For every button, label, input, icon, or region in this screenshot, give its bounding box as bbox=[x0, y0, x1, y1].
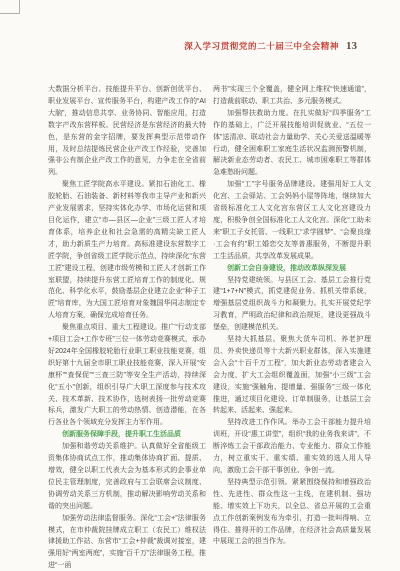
column-right: 两书”实现三个全覆盖，健全网上维权“快速通道”，打造裁前联动、职工共治、多元服务… bbox=[213, 84, 371, 571]
paragraph: 坚持大抓基层。聚焦大货车司机、养老护理员、外卖快递员等十大新兴职业群体，深入实施… bbox=[213, 334, 371, 417]
paragraph: 聚焦重点项目、重大工程建设。推广“行动支部+项目工会+工作专班”三位一体劳动竞赛… bbox=[48, 322, 206, 429]
section-heading-reform: 创新工会自身建设，推动改革纵深发展 bbox=[213, 263, 371, 275]
page-header: 深入学习贯彻党的二十届三中全会精神 13 bbox=[184, 40, 357, 52]
page-content: 大数据分析平台、技能提升平台、创新创优平台、职业发展平台、宣传服务平台，构建产改… bbox=[48, 84, 370, 571]
paragraph: 坚持改进工作作风。举办工会干部能力提升培训班，开设“惠工讲堂”，组织“我的业务我… bbox=[213, 417, 371, 477]
paragraph: 聚焦工匠学院高水平建设。紧扣石油化工、橡胶轮胎、石油装备、新材料等我市主导产业和… bbox=[48, 179, 206, 322]
paragraph: 加强和谐劳动关系维护。认真做好全省能级工资集体协商试点工作，推动集体协商扩面、提… bbox=[48, 441, 206, 512]
paragraph: 加强帮扶救助力度。在扎实做好“四季服务”工作的基础上，广泛开展技能培训促就业、“… bbox=[213, 108, 371, 179]
page-number: 13 bbox=[346, 40, 357, 52]
page-corner-mark bbox=[0, 0, 20, 14]
running-header-title: 深入学习贯彻党的二十届三中全会精神 bbox=[184, 40, 339, 52]
magazine-page: 深入学习贯彻党的二十届三中全会精神 13 大数据分析平台、技能提升平台、创新创优… bbox=[0, 0, 400, 571]
paragraph: 两书”实现三个全覆盖，健全网上维权“快速通道”，打造裁前联动、职工共治、多元服务… bbox=[213, 84, 371, 108]
paragraph: 加强“工”字号服务品牌建设。建强用好工人文化宫、工会驿站、工会妈妈小屋等阵地，继… bbox=[213, 179, 371, 262]
section-heading-service: 创新服务保障手段，提升职工生活品质 bbox=[48, 429, 206, 441]
paragraph: 坚持典型示范引领。紧紧围绕保持和增强政治性、先进性、群众性这一主线，在建机制、强… bbox=[213, 477, 371, 548]
paragraph: 坚持党建统领。与县区工会、基层工会推行党建“1+7+N”模式，抓党建促业务、抓机… bbox=[213, 275, 371, 335]
column-left: 大数据分析平台、技能提升平台、创新创优平台、职业发展平台、宣传服务平台，构建产改… bbox=[48, 84, 206, 571]
paragraph: 大数据分析平台、技能提升平台、创新创优平台、职业发展平台、宣传服务平台，构建产改… bbox=[48, 84, 206, 179]
paragraph: 加强劳动法律监督服务。深化“工会+”法律服务模式，在市仲裁院挂牌成立职工（农民工… bbox=[48, 513, 206, 571]
